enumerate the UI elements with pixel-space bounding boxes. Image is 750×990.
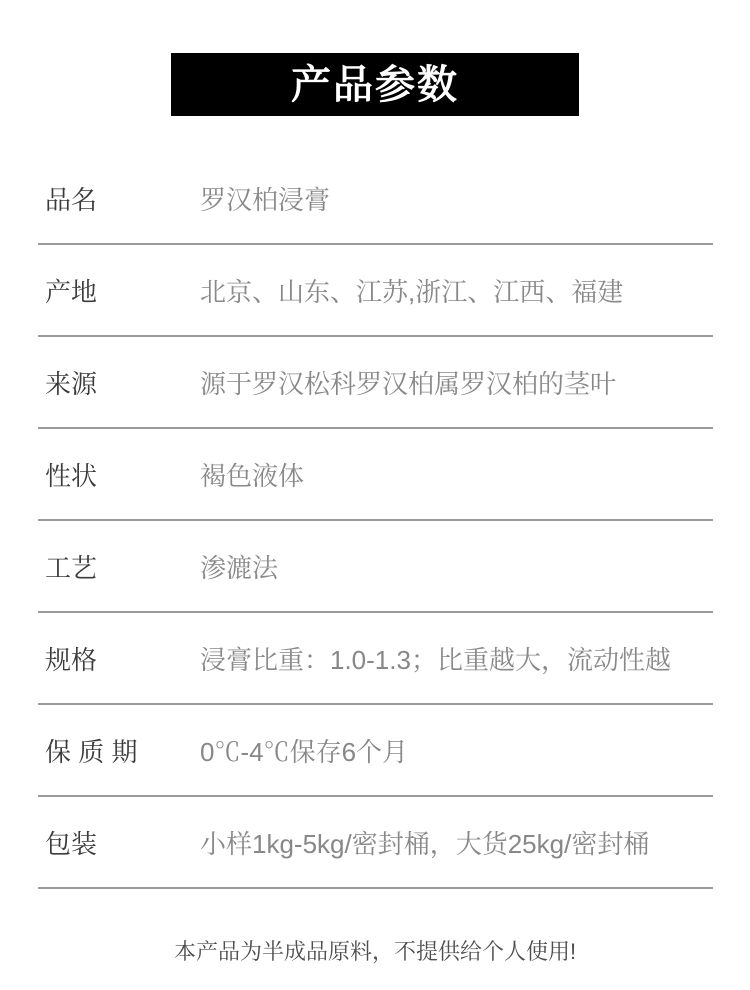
table-row-appearance: 性状 褐色液体 <box>38 429 713 521</box>
row-value: 源于罗汉松科罗汉柏属罗汉柏的茎叶 <box>200 364 616 401</box>
table-row-process: 工艺 渗漉法 <box>38 521 713 613</box>
row-value: 渗漉法 <box>200 548 278 585</box>
row-label: 品名 <box>38 180 200 217</box>
row-value: 0℃-4℃保存6个月 <box>200 732 408 769</box>
table-row-origin: 产地 北京、山东、江苏,浙江、江西、福建 <box>38 245 713 337</box>
page-title: 产品参数 <box>291 65 459 105</box>
row-value: 褐色液体 <box>200 456 304 493</box>
row-label: 来源 <box>38 364 200 401</box>
table-row-packaging: 包装 小样1kg-5kg/密封桶，大货25kg/密封桶 <box>38 797 713 889</box>
row-label: 性状 <box>38 456 200 493</box>
title-banner: 产品参数 <box>171 53 579 116</box>
row-label: 产地 <box>38 272 200 309</box>
row-value: 小样1kg-5kg/密封桶，大货25kg/密封桶 <box>200 824 649 861</box>
row-label: 工艺 <box>38 548 200 585</box>
parameter-table: 品名 罗汉柏浸膏 产地 北京、山东、江苏,浙江、江西、福建 来源 源于罗汉松科罗… <box>38 153 713 889</box>
row-value: 北京、山东、江苏,浙江、江西、福建 <box>200 272 623 309</box>
table-row-source: 来源 源于罗汉松科罗汉柏属罗汉柏的茎叶 <box>38 337 713 429</box>
row-label: 包装 <box>38 824 200 861</box>
row-label: 规格 <box>38 640 200 677</box>
footer-disclaimer: 本产品为半成品原料，不提供给个人使用! <box>0 935 750 966</box>
table-row-name: 品名 罗汉柏浸膏 <box>38 153 713 245</box>
row-label: 保 质 期 <box>38 732 200 769</box>
product-parameters-page: 产品参数 品名 罗汉柏浸膏 产地 北京、山东、江苏,浙江、江西、福建 来源 源于… <box>0 0 750 990</box>
table-row-specification: 规格 浸膏比重：1.0-1.3；比重越大，流动性越 <box>38 613 713 705</box>
table-row-shelf-life: 保 质 期 0℃-4℃保存6个月 <box>38 705 713 797</box>
row-value: 浸膏比重：1.0-1.3；比重越大，流动性越 <box>200 640 671 677</box>
row-value: 罗汉柏浸膏 <box>200 180 330 217</box>
